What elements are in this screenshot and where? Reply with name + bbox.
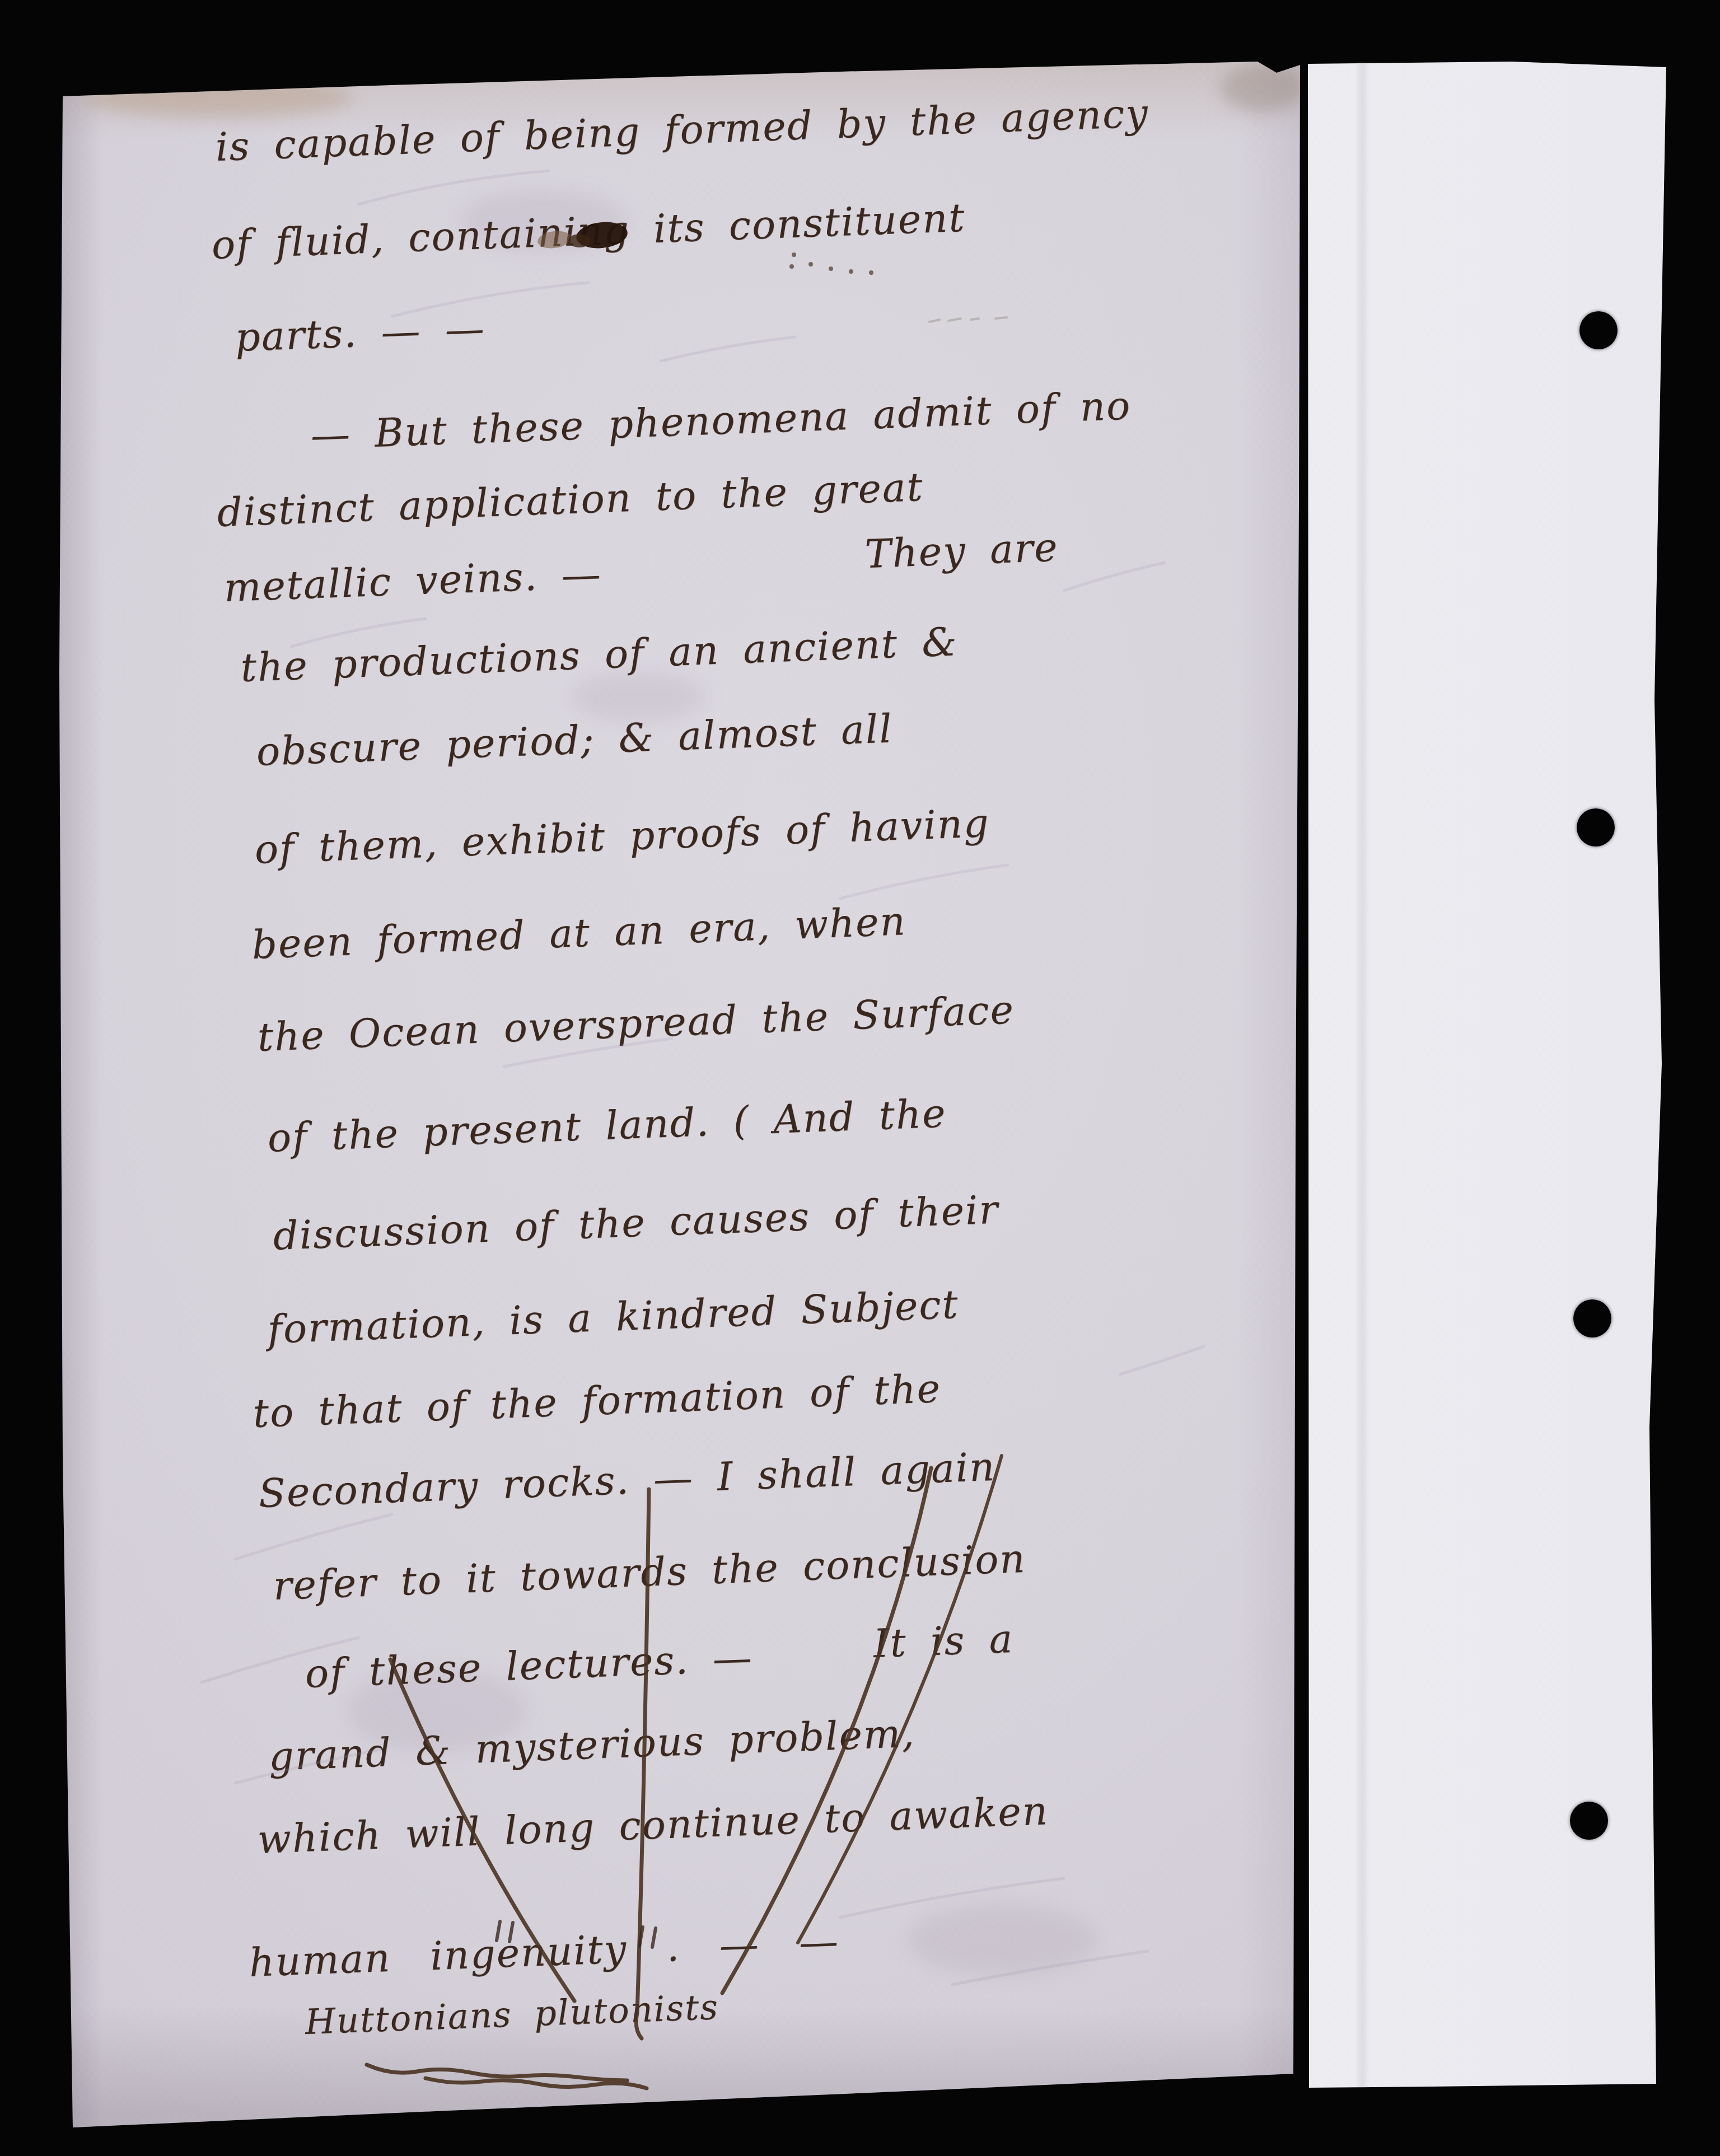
punch-hole <box>1573 1299 1611 1337</box>
ditto-marks <box>497 1921 656 1947</box>
photograph-background: is capable of being formed by the agency… <box>0 0 1720 2156</box>
punch-hole <box>1577 808 1615 847</box>
wavy-underline <box>367 2065 647 2088</box>
pencil-marks <box>929 317 1007 322</box>
pen-trial-strokes <box>390 1456 1002 2038</box>
insertion-dots <box>789 252 873 275</box>
punch-hole <box>1570 1802 1608 1840</box>
ink-blot <box>536 219 629 250</box>
bleedthrough-scribbles <box>202 171 1204 1985</box>
punch-hole <box>1579 311 1618 349</box>
adjacent-page-fold-line <box>1355 62 1370 2088</box>
